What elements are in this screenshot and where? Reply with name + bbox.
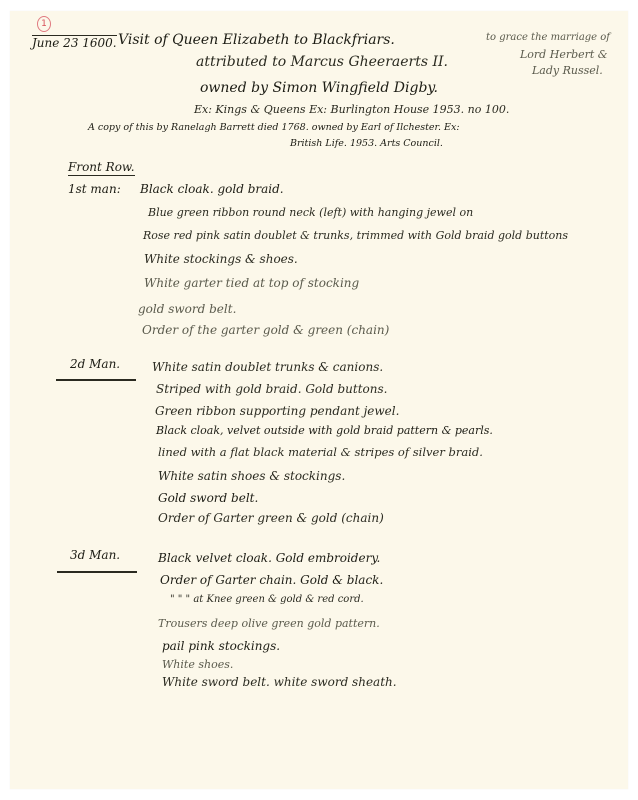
first-man-line: Order of the garter gold & green (chain) bbox=[142, 324, 389, 336]
page-number-marker: 1 bbox=[37, 16, 51, 32]
third-man-line: White shoes. bbox=[162, 659, 233, 670]
first-man-line: Rose red pink satin doublet & trunks, tr… bbox=[143, 230, 568, 241]
third-man-label: 3d Man. bbox=[70, 549, 120, 561]
second-man-line: Black cloak, velvet outside with gold br… bbox=[156, 425, 493, 436]
date: June 23 1600. bbox=[32, 35, 117, 49]
first-man-line: White garter tied at top of stocking bbox=[144, 277, 359, 289]
first-man-label: 1st man: bbox=[68, 183, 121, 195]
side-note-2: Lord Herbert & bbox=[520, 49, 608, 60]
second-man-line: Order of Garter green & gold (chain) bbox=[158, 512, 384, 524]
side-note-3: Lady Russel. bbox=[532, 65, 603, 76]
handwritten-page: 1 June 23 1600. Visit of Queen Elizabeth… bbox=[10, 11, 628, 789]
third-man-line: White sword belt. white sword sheath. bbox=[162, 676, 397, 688]
third-man-line: Trousers deep olive green gold pattern. bbox=[158, 618, 380, 629]
owner: owned by Simon Wingfield Digby. bbox=[200, 81, 438, 95]
copy-note-line-2: British Life. 1953. Arts Council. bbox=[290, 139, 443, 149]
third-man-line: Order of Garter chain. Gold & black. bbox=[160, 574, 383, 586]
document-title: Visit of Queen Elizabeth to Blackfriars. bbox=[118, 33, 395, 47]
section-title-front-row: Front Row. bbox=[68, 161, 135, 176]
first-man-line: Blue green ribbon round neck (left) with… bbox=[148, 207, 473, 218]
second-man-line: lined with a flat black material & strip… bbox=[158, 447, 483, 459]
side-note-1: to grace the marriage of bbox=[486, 33, 610, 43]
second-man-line: Green ribbon supporting pendant jewel. bbox=[155, 405, 399, 417]
exhibitions: Ex: Kings & Queens Ex: Burlington House … bbox=[194, 104, 509, 115]
second-man-label: 2d Man. bbox=[70, 358, 120, 370]
first-man-line: gold sword belt. bbox=[138, 303, 236, 315]
first-man-line: Black cloak. gold braid. bbox=[140, 183, 284, 195]
copy-note-line-1: A copy of this by Ranelagh Barrett died … bbox=[88, 123, 460, 133]
second-man-line: White satin doublet trunks & canions. bbox=[152, 361, 383, 373]
second-man-divider bbox=[56, 379, 136, 381]
third-man-line: pail pink stockings. bbox=[162, 640, 280, 652]
attribution: attributed to Marcus Gheeraerts II. bbox=[196, 55, 448, 69]
second-man-line: White satin shoes & stockings. bbox=[158, 470, 345, 482]
first-man-line: White stockings & shoes. bbox=[144, 253, 298, 265]
second-man-line: Striped with gold braid. Gold buttons. bbox=[156, 383, 387, 395]
third-man-divider bbox=[57, 571, 137, 573]
third-man-line: Black velvet cloak. Gold embroidery. bbox=[158, 552, 380, 564]
second-man-line: Gold sword belt. bbox=[158, 492, 258, 504]
third-man-line: " " " at Knee green & gold & red cord. bbox=[170, 595, 364, 605]
